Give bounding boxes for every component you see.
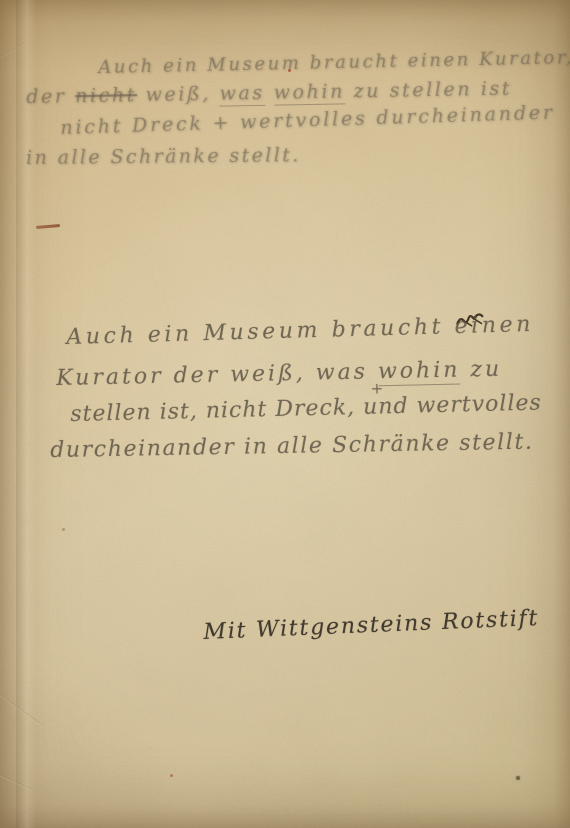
draft-struck-word: nicht [75,84,137,107]
inscription-line: Mit Wittgensteins Rotstift [203,606,540,645]
main-line-3-pre: stellen ist, nicht Dreck, [70,395,363,427]
insertion-point: +und [363,394,409,420]
inserted-word-und: und [363,394,409,420]
paper-speck-red [288,69,291,72]
draft-line-3: nicht Dreck + wertvolles durcheinander [60,101,555,139]
draft-line-2-pre: der [26,85,75,108]
draft-line-4: in alle Schränke stellt. [26,144,301,169]
draft-line-1: Auch ein Museum braucht einen Kurator, [98,47,570,78]
insertion-plus-mark: + [370,379,384,397]
main-line-1: Auch ein Museum braucht einen [66,312,534,350]
paper-speck-red-small [170,774,173,777]
draft-underlined-word-wohin: wohin [273,80,345,105]
main-line-2-pre: Kurator der weiß, was [56,359,378,391]
main-line-3: stellen ist, nicht Dreck, +und wertvolle… [70,390,542,427]
main-line-2: Kurator der weiß, was wohin zu [56,357,502,391]
manuscript-page: Auch ein Museum braucht einen Kurator, d… [0,0,570,828]
draft-underlined-word-was: was [219,82,265,107]
draft-line-2-post: zu stellen ist [345,78,512,103]
draft-line-2: der nicht weiß, waswohin zu stellen ist [26,78,512,108]
paper-speck-fiber [62,528,65,531]
main-underlined-word-wohin: wohin [378,358,461,387]
left-fold-crease [16,0,36,828]
main-line-4: durcheinander in alle Schränke stellt. [50,430,534,463]
paper-speck-dark [516,776,520,780]
main-line-3-post: wertvolles [408,390,542,418]
draft-line-2-mid: weiß, [137,83,220,106]
main-line-2-post: zu [460,357,502,383]
red-pencil-dash [36,224,60,229]
